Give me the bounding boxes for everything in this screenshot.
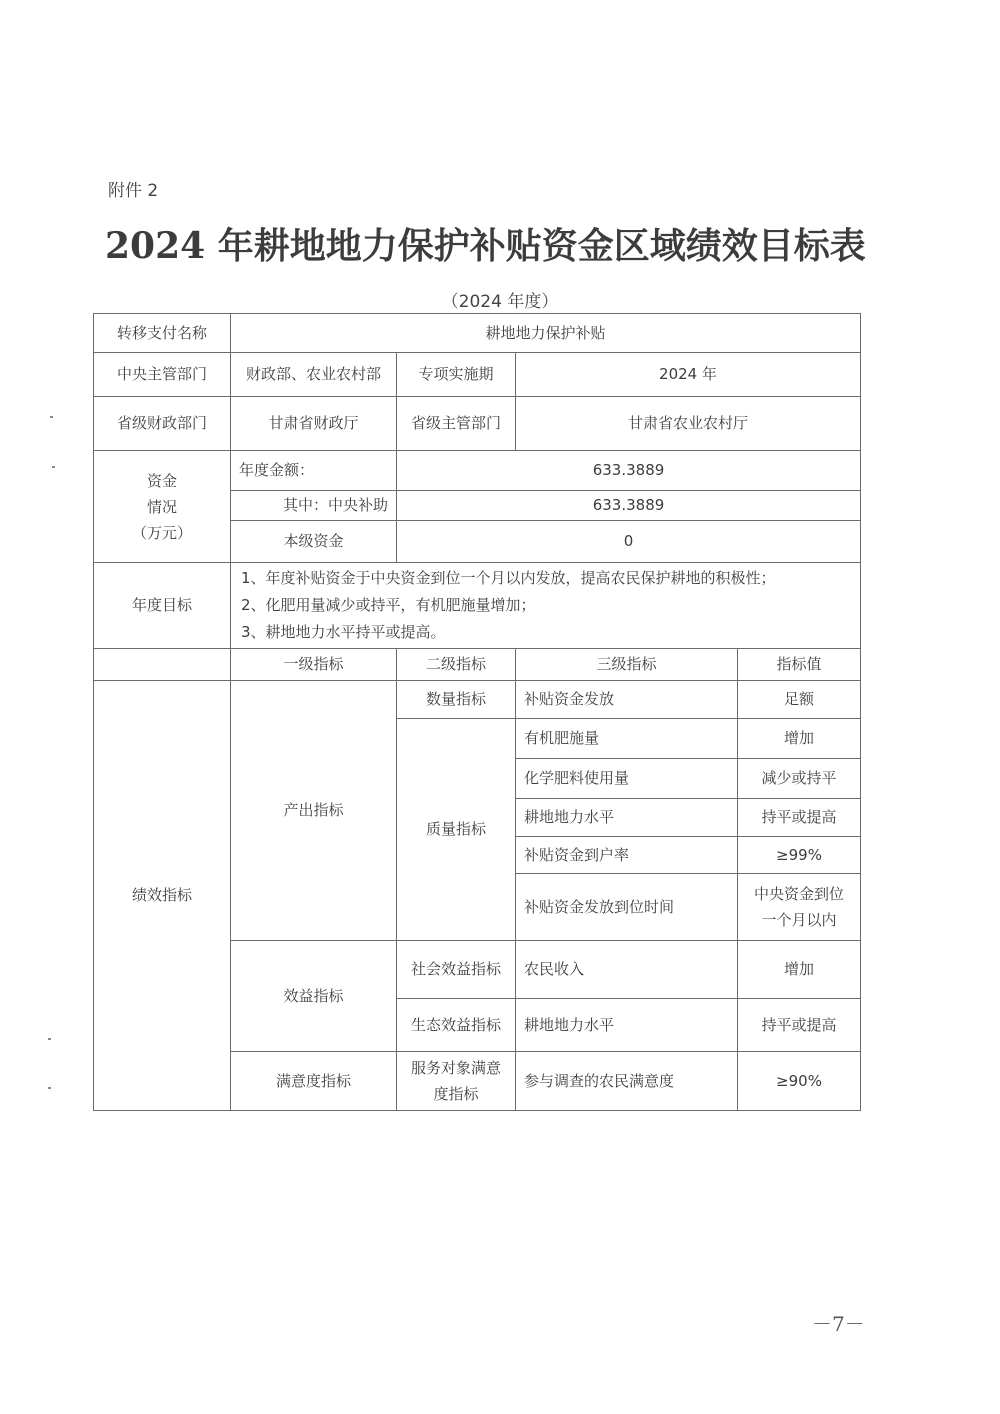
table-row: 绩效指标 产出指标 数量指标 补贴资金发放 足额	[94, 681, 861, 719]
header-level2: 二级指标	[397, 649, 516, 681]
indicator-name: 耕地地力水平	[516, 799, 738, 837]
scan-speck	[48, 1087, 51, 1089]
indicator-value: ≥90%	[738, 1052, 861, 1111]
funds-label-line1: 资金	[102, 468, 222, 494]
indicator-name: 农民收入	[516, 941, 738, 999]
transfer-name-label: 转移支付名称	[94, 314, 231, 353]
annual-goal-content: 1、年度补贴资金于中央资金到位一个月以内发放，提高农民保护耕地的积极性； 2、化…	[231, 563, 861, 649]
annual-amount-value: 633.3889	[397, 451, 861, 491]
page-subtitle: （2024 年度）	[0, 287, 1000, 312]
indicator-value: 足额	[738, 681, 861, 719]
indicator-name: 补贴资金发放	[516, 681, 738, 719]
header-level3: 三级指标	[516, 649, 738, 681]
service-satisfaction-line1: 服务对象满意	[405, 1055, 507, 1081]
indicator-value: 增加	[738, 719, 861, 759]
indicator-value-line1: 中央资金到位	[746, 881, 852, 907]
performance-label: 绩效指标	[94, 681, 231, 1111]
local-funds-value: 0	[397, 521, 861, 563]
indicator-name: 有机肥施量	[516, 719, 738, 759]
table-row: 中央主管部门 财政部、农业农村部 专项实施期 2024 年	[94, 353, 861, 397]
funds-label-line3: （万元）	[102, 520, 222, 546]
service-satisfaction-indicator: 服务对象满意 度指标	[397, 1052, 516, 1111]
table-row: 年度目标 1、年度补贴资金于中央资金到位一个月以内发放，提高农民保护耕地的积极性…	[94, 563, 861, 649]
scan-speck	[50, 416, 53, 418]
annual-goal-label: 年度目标	[94, 563, 231, 649]
scan-speck	[52, 466, 55, 468]
annual-goal-item: 1、年度补贴资金于中央资金到位一个月以内发放，提高农民保护耕地的积极性；	[241, 565, 850, 592]
prov-finance-value: 甘肃省财政厅	[231, 397, 397, 451]
prov-finance-label: 省级财政部门	[94, 397, 231, 451]
table-row: 转移支付名称 耕地地力保护补贴	[94, 314, 861, 353]
output-indicator: 产出指标	[231, 681, 397, 941]
scan-speck	[48, 1038, 51, 1040]
indicator-name: 化学肥料使用量	[516, 759, 738, 799]
benefit-indicator: 效益指标	[231, 941, 397, 1052]
local-funds-label: 本级资金	[231, 521, 397, 563]
funds-label-line2: 情况	[102, 494, 222, 520]
indicator-value: 持平或提高	[738, 999, 861, 1052]
annual-goal-item: 3、耕地地力水平持平或提高。	[241, 619, 850, 646]
prov-dept-label: 省级主管部门	[397, 397, 516, 451]
quality-indicator: 质量指标	[397, 719, 516, 941]
transfer-name-value: 耕地地力保护补贴	[231, 314, 861, 353]
indicator-value: 中央资金到位 一个月以内	[738, 874, 861, 941]
indicator-value: ≥99%	[738, 837, 861, 874]
quantity-indicator: 数量指标	[397, 681, 516, 719]
annual-amount-label: 年度金额：	[231, 451, 397, 491]
central-dept-label: 中央主管部门	[94, 353, 231, 397]
period-label: 专项实施期	[397, 353, 516, 397]
page-title: 2024 年耕地地力保护补贴资金区域绩效目标表	[105, 218, 865, 269]
eco-benefit-indicator: 生态效益指标	[397, 999, 516, 1052]
central-dept-value: 财政部、农业农村部	[231, 353, 397, 397]
table-row: 资金 情况 （万元） 年度金额： 633.3889	[94, 451, 861, 491]
indicator-name: 耕地地力水平	[516, 999, 738, 1052]
indicator-name: 补贴资金发放到位时间	[516, 874, 738, 941]
indicator-value: 持平或提高	[738, 799, 861, 837]
service-satisfaction-line2: 度指标	[405, 1081, 507, 1107]
indicator-header-row: 一级指标 二级指标 三级指标 指标值	[94, 649, 861, 681]
indicator-value: 增加	[738, 941, 861, 999]
period-value: 2024 年	[516, 353, 861, 397]
header-level1: 一级指标	[231, 649, 397, 681]
indicator-name: 参与调查的农民满意度	[516, 1052, 738, 1111]
header-value: 指标值	[738, 649, 861, 681]
empty-header-cell	[94, 649, 231, 681]
indicator-value: 减少或持平	[738, 759, 861, 799]
social-benefit-indicator: 社会效益指标	[397, 941, 516, 999]
annual-goal-item: 2、化肥用量减少或持平，有机肥施量增加；	[241, 592, 850, 619]
page-number: －7－	[812, 1308, 865, 1337]
satisfaction-indicator: 满意度指标	[231, 1052, 397, 1111]
indicator-value-line2: 一个月以内	[746, 907, 852, 933]
central-subsidy-value: 633.3889	[397, 491, 861, 521]
central-subsidy-label: 其中：中央补助	[231, 491, 397, 521]
table-row: 省级财政部门 甘肃省财政厅 省级主管部门 甘肃省农业农村厅	[94, 397, 861, 451]
prov-dept-value: 甘肃省农业农村厅	[516, 397, 861, 451]
funds-label: 资金 情况 （万元）	[94, 451, 231, 563]
performance-target-table: 转移支付名称 耕地地力保护补贴 中央主管部门 财政部、农业农村部 专项实施期 2…	[93, 313, 861, 1111]
attachment-label: 附件 2	[108, 176, 158, 201]
indicator-name: 补贴资金到户率	[516, 837, 738, 874]
